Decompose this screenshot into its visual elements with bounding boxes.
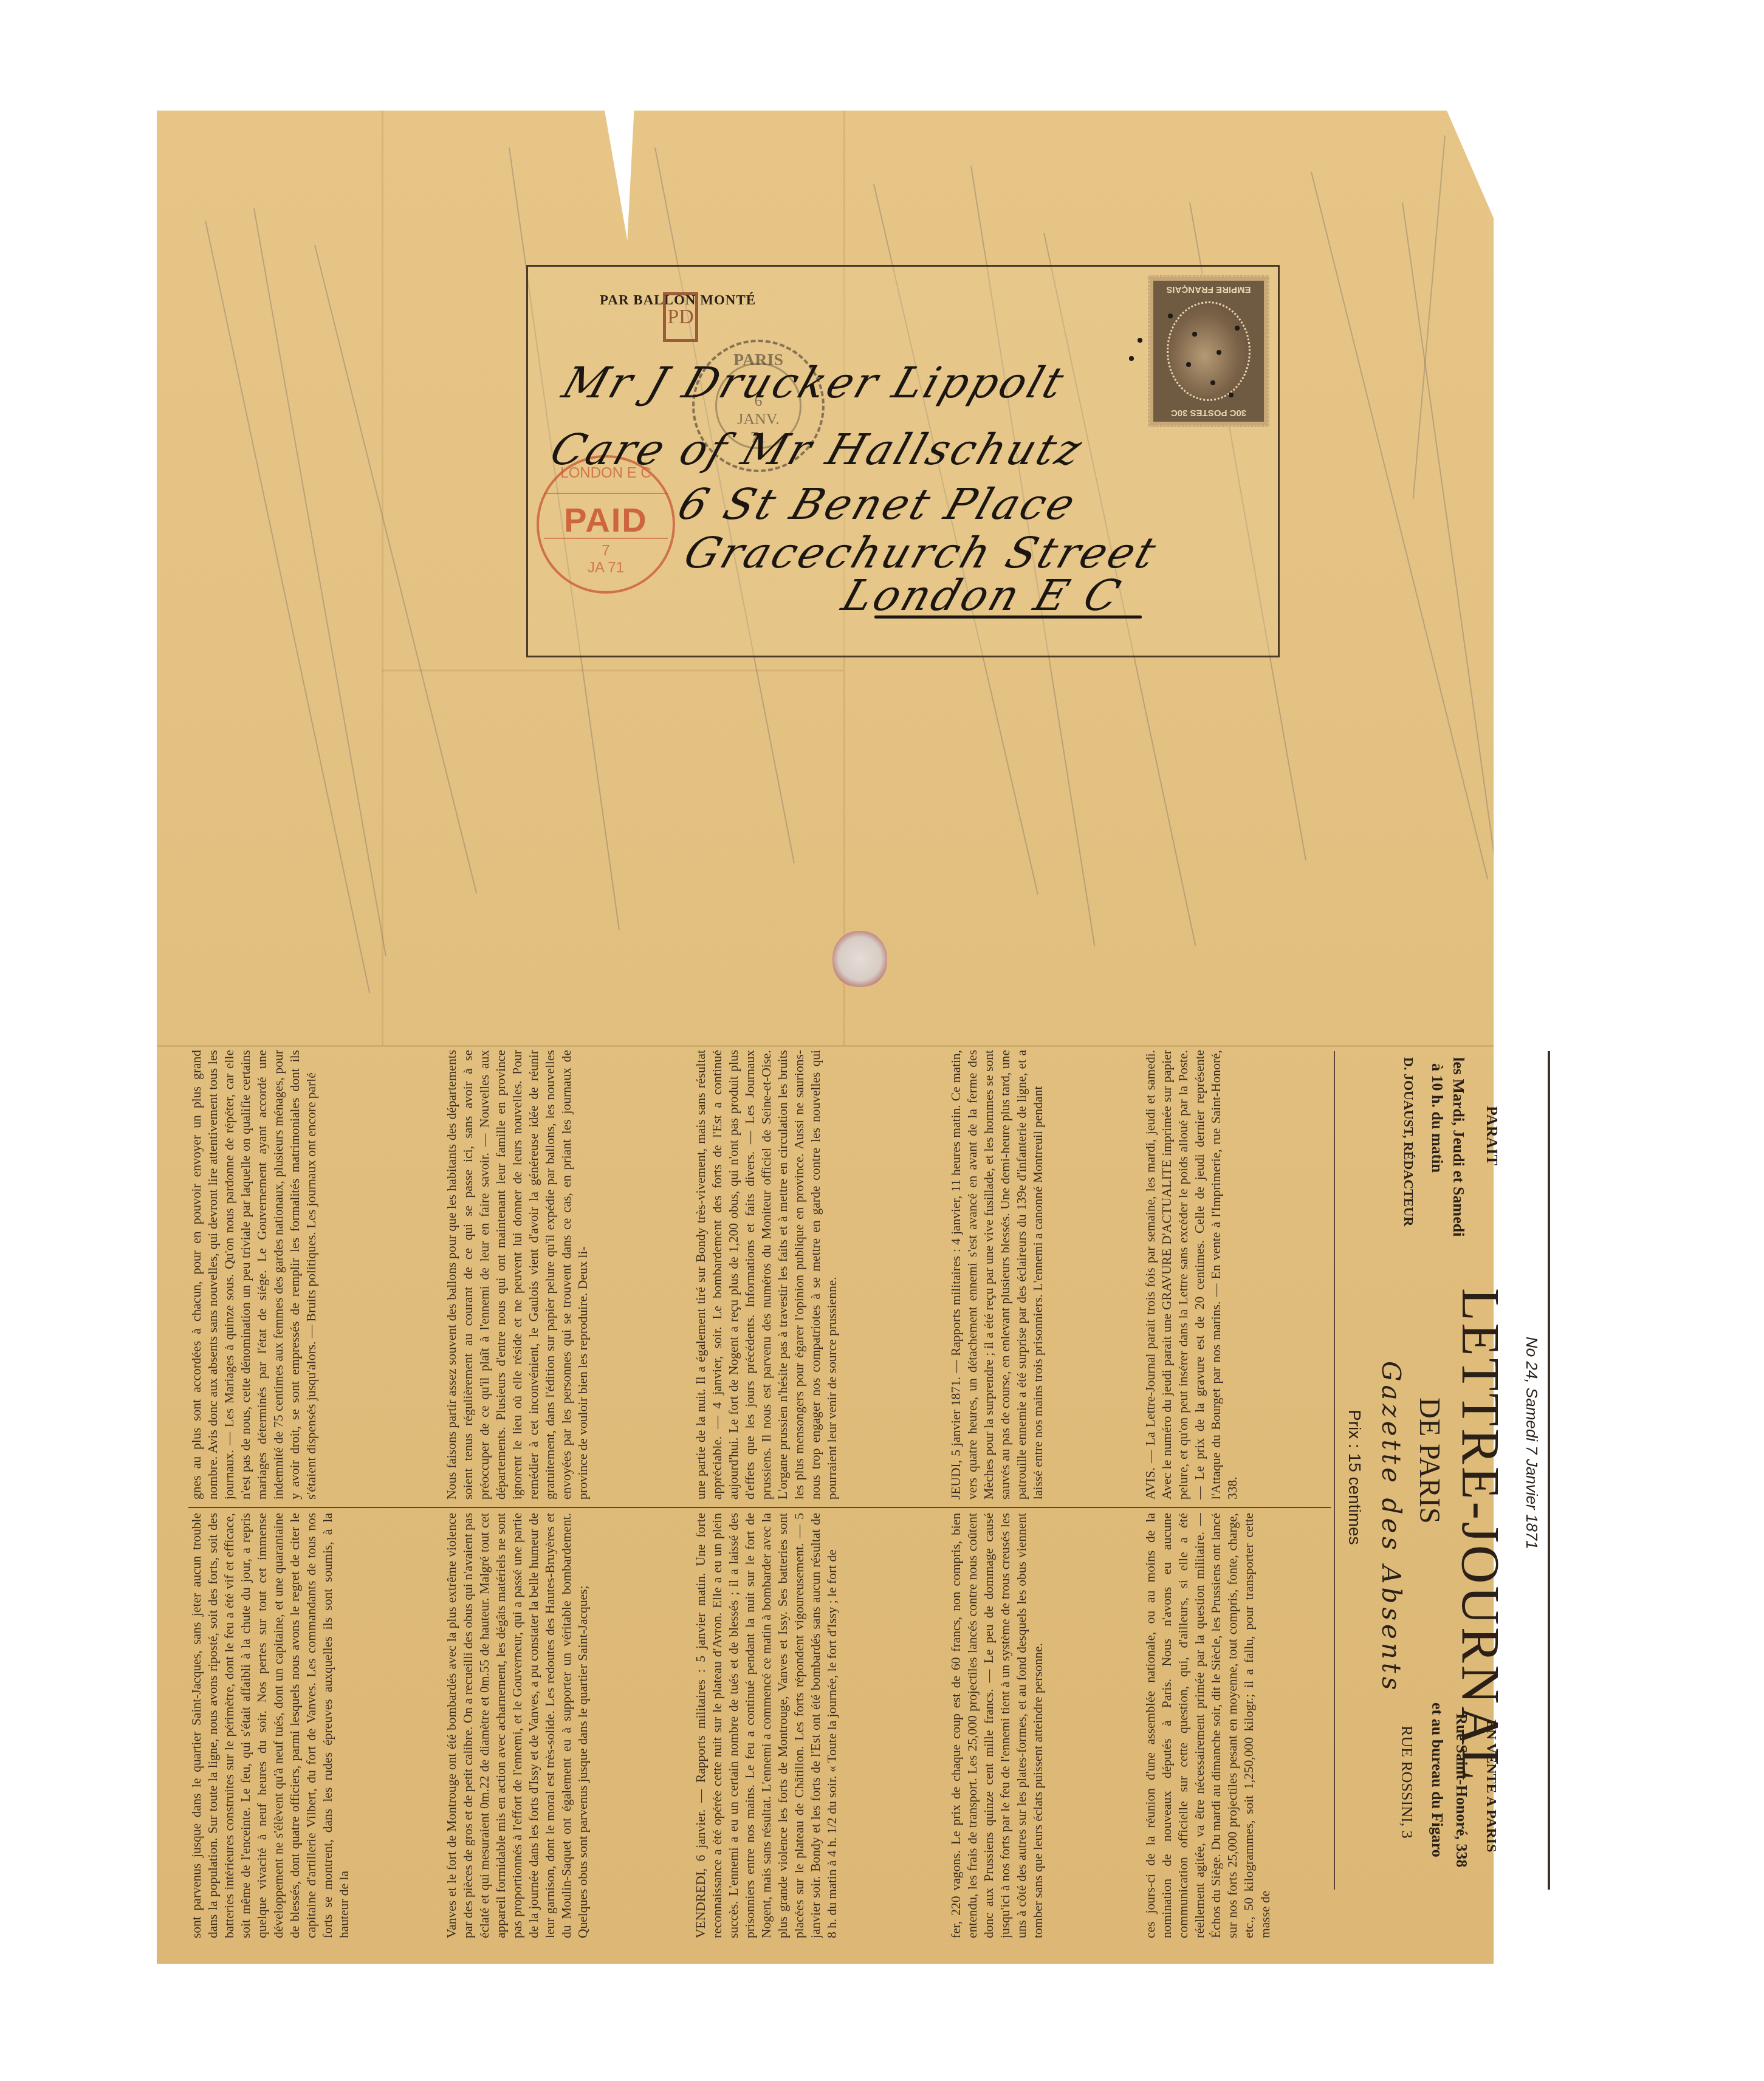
- publication-days: D. JOUAUST, RÉDACTEUR: [1401, 1057, 1416, 1226]
- publication-days: PARAIT: [1483, 1106, 1501, 1165]
- cancel-dot: [1168, 314, 1173, 318]
- newspaper-title: LETTRE-JOURNAL: [1449, 1288, 1511, 1783]
- column-jeudi-bottom: fer, 220 vagons. Le prix de chaque coup …: [948, 1513, 1142, 1938]
- address-underline: [874, 615, 1142, 619]
- napoleon-portrait-icon: [1167, 301, 1251, 401]
- london-paid-postmark: LONDON E C PAID 7 JA 71: [537, 455, 675, 594]
- column-mariages-bottom: sont parvenus jusque dans le quartier Sa…: [188, 1513, 444, 1938]
- cancel-dot: [1192, 332, 1197, 337]
- paid-label: PAID: [539, 500, 673, 540]
- cancel-dot: [1186, 362, 1191, 367]
- cancel-dot: [1138, 338, 1142, 343]
- address-line: London E C: [836, 571, 1129, 620]
- sales-info: Rue Saint-Honoré, 338: [1452, 1713, 1471, 1868]
- newspaper-subtitle: DE PARIS: [1413, 1397, 1446, 1524]
- column-vendredi-bottom: VENDREDI, 6 janvier. — Rapports militair…: [693, 1513, 948, 1938]
- postmark-year: 71: [608, 560, 624, 576]
- postmark-date: 7 JA 71: [539, 543, 673, 577]
- column-rule: [188, 1507, 1331, 1508]
- stamp-country-text: EMPIRE FRANÇAIS: [1153, 284, 1264, 295]
- pencil-mark: [205, 221, 370, 993]
- column-mariages-top: gnes au plus sont accordées à chacun, po…: [188, 1050, 444, 1500]
- postmark-month: JA: [588, 560, 604, 576]
- column-jeudi-top: JEUDI, 5 janvier 1871. — Rapports milita…: [948, 1050, 1142, 1500]
- newspaper-tagline: Gazette des Absents: [1376, 1361, 1406, 1693]
- cancel-dot: [1235, 326, 1240, 331]
- postmark-day: 7: [539, 543, 673, 560]
- pencil-mark: [1402, 202, 1505, 925]
- pd-mark: PD: [663, 292, 698, 342]
- column-avis-bottom: ces jours-ci de la réunion d'une assembl…: [1142, 1513, 1325, 1938]
- pencil-mark: [253, 208, 386, 956]
- fold-line: [382, 670, 843, 671]
- address-line: Mr J Drucker Lippolt: [557, 358, 1072, 408]
- newspaper-section: No 24, Samedi 7 Janvier 1871 LETTRE-JOUR…: [188, 1045, 1571, 1959]
- column-ballons-bottom: Vanves et le fort de Montrouge ont été b…: [444, 1513, 693, 1938]
- column-informations-top: une partie de la nuit. Il a également ti…: [693, 1050, 948, 1500]
- postage-stamp: 30C POSTES 30C EMPIRE FRANÇAIS: [1148, 275, 1269, 427]
- price: Prix : 15 centimes: [1345, 1410, 1364, 1545]
- stamp-value-text: 30C POSTES 30C: [1153, 408, 1264, 418]
- postmark-bar: [544, 538, 668, 539]
- masthead-rule: [1548, 1051, 1550, 1890]
- stamp-design: 30C POSTES 30C EMPIRE FRANÇAIS: [1153, 281, 1264, 422]
- sales-info: RUE ROSSINI, 3: [1398, 1726, 1416, 1839]
- cancel-dot: [1210, 380, 1215, 385]
- envelope-panel: PAR BALLON MONTÉ PD PARIS 6 JANV. 71 LON…: [526, 265, 1280, 657]
- postmark-bar: [544, 493, 668, 494]
- issue-line: No 24, Samedi 7 Janvier 1871: [1522, 1337, 1541, 1549]
- cancel-dot: [1129, 356, 1134, 361]
- publication-days: à 10 h. du matin: [1428, 1063, 1446, 1173]
- wax-seal: [832, 931, 887, 987]
- masthead: No 24, Samedi 7 Janvier 1871 LETTRE-JOUR…: [1328, 1045, 1571, 1959]
- cancel-dot: [1229, 393, 1234, 397]
- fold-line: [382, 111, 383, 1046]
- pencil-mark: [1311, 172, 1488, 880]
- sales-info: EN VENTE A PARIS: [1483, 1719, 1499, 1853]
- cancel-dot: [1217, 350, 1221, 355]
- column-ballons-top: Nous faisons partir assez souvent des ba…: [444, 1050, 693, 1500]
- masthead-rule: [1334, 1051, 1335, 1890]
- publication-days: les Mardi, Jeudi et Samedi: [1449, 1057, 1467, 1236]
- address-line: Care of Mr Hallschutz: [544, 425, 1091, 475]
- sales-info: et au bureau du Figaro: [1428, 1702, 1446, 1857]
- address-line: 6 St Benet Place: [672, 479, 1083, 529]
- column-avis-top: AVIS. — La Lettre-Journal parait trois f…: [1142, 1050, 1325, 1500]
- pencil-mark: [314, 245, 477, 894]
